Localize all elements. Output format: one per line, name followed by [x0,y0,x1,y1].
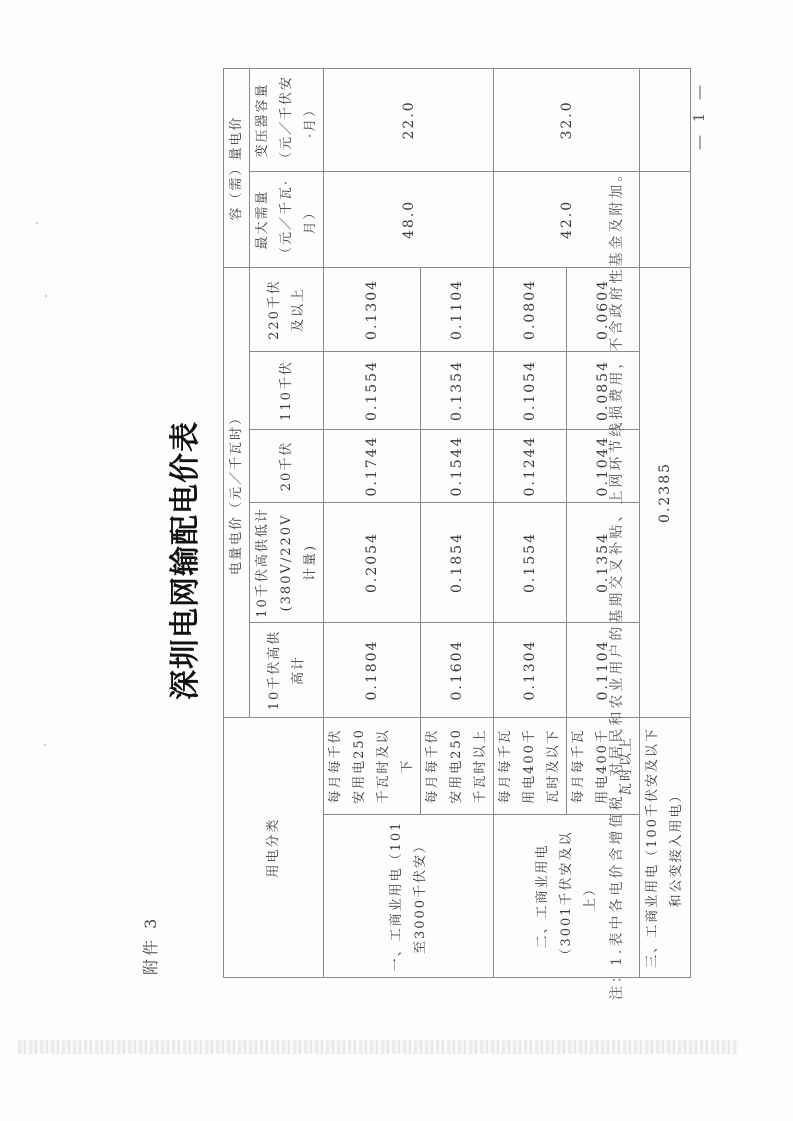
price-cell: 0.0804 [494,267,567,351]
price-cell: 0.1604 [421,622,494,717]
price-cell: 0.1554 [494,502,567,622]
transformer-cell [640,68,691,171]
header-transformer: 变压器容量（元／千伏安·月） [250,68,324,171]
price-cell: 0.1044 [567,429,640,502]
subcategory-cell: 每月每千瓦用电400千瓦时以上 [567,717,640,814]
footnote: 注：1.表中各电价含增值税、对居民和农业用户的基期交叉补贴、上网环节线损费用，不… [606,165,626,1000]
price-cell: 0.1304 [494,622,567,717]
price-cell: 0.1244 [494,429,567,502]
price-cell: 0.1554 [324,351,421,429]
price-cell: 0.1354 [567,502,640,622]
price-cell: 0.1854 [421,502,494,622]
page-number: — 1 — [690,81,708,150]
header-row-group: 用电分类 电量电价（元／千瓦时） 容（需）量电价 [224,68,250,977]
header-10kv-high: 10千伏高供高计 [250,622,324,717]
max-demand-cell: 48.0 [324,171,494,267]
price-cell: 0.2385 [640,267,691,717]
price-cell: 0.0854 [567,351,640,429]
transformer-cell: 32.0 [494,68,640,171]
subcategory-cell: 每月每千伏安用电250千瓦时以上 [421,717,494,814]
category-cell: 三、工商业用电（100千伏安及以下和公变接入用电） [640,717,691,977]
price-cell: 0.2054 [324,502,421,622]
transformer-cell: 22.0 [324,68,494,171]
header-category: 用电分类 [224,717,324,977]
table-row: 三、工商业用电（100千伏安及以下和公变接入用电） 0.2385 [640,68,691,977]
max-demand-cell [640,171,691,267]
price-cell: 0.1354 [421,351,494,429]
price-cell: 0.0604 [567,267,640,351]
price-cell: 0.1744 [324,429,421,502]
header-220kv: 220千伏及以上 [250,267,324,351]
price-cell: 0.1104 [421,267,494,351]
subcategory-cell: 每月每千伏安用电250千瓦时及以下 [324,717,421,814]
price-cell: 0.1104 [567,622,640,717]
header-10kv-low: 10千伏高供低计(380V/220V计量) [250,502,324,622]
table-row: 一、工商业用电（101至3000千伏安） 每月每千伏安用电250千瓦时及以下 0… [324,68,421,977]
category-cell: 一、工商业用电（101至3000千伏安） [324,815,494,978]
header-20kv: 20千伏 [250,429,324,502]
price-cell: 0.1544 [421,429,494,502]
document-page: 附件 3 深圳电网输配电价表 用电分类 电量电价（元／千瓦时） 容（需）量电价 … [0,0,793,1121]
price-cell: 0.1054 [494,351,567,429]
attachment-label: 附件 3 [138,916,161,975]
price-cell: 0.1804 [324,622,421,717]
subcategory-cell: 每月每千瓦用电400千瓦时及以下 [494,717,567,814]
header-max-demand: 最大需量（元／千瓦·月） [250,171,324,267]
document-title: 深圳电网输配电价表 [160,0,204,1121]
header-energy-group: 电量电价（元／千瓦时） [224,267,250,717]
header-110kv: 110千伏 [250,351,324,429]
price-cell: 0.1304 [324,267,421,351]
header-capacity-group: 容（需）量电价 [224,68,250,267]
table-row: 二、工商业用电（3001千伏安及以上） 每月每千瓦用电400千瓦时及以下 0.1… [494,68,567,977]
